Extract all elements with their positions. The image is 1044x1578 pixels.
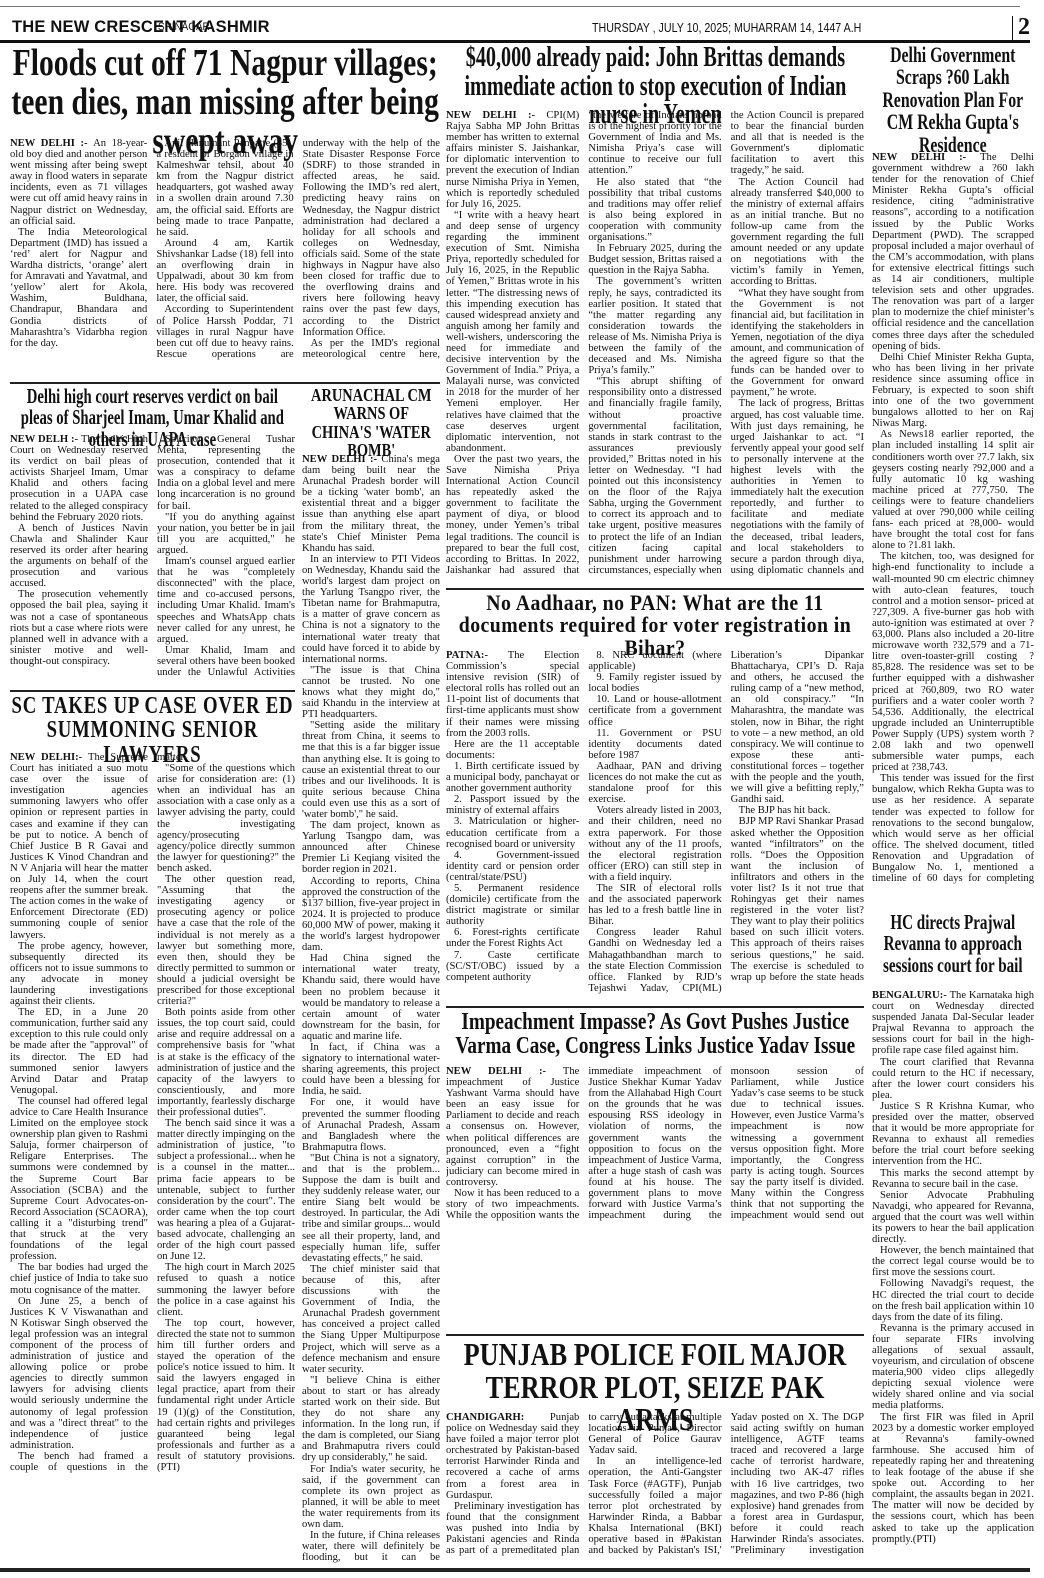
- story-body: NEW DELHI :- An 18-year-old boy died and…: [10, 138, 440, 362]
- story-column: NEW DELH :- The Delhi High Court on Wedn…: [10, 434, 295, 684]
- paragraph: Following Navadgi's request, the HC dire…: [872, 1278, 1034, 1322]
- story-aadhaar: No Aadhaar, no PAN: What are the 11 docu…: [446, 592, 864, 1002]
- story-body: NEW DELHI :- The Delhi government withdr…: [872, 152, 1034, 894]
- story-floods: Floods cut off 71 Nagpur villages; teen …: [10, 44, 440, 364]
- paragraph: According to reports, China approved the…: [302, 876, 440, 954]
- paragraph: The BJP has hit back.: [731, 805, 864, 816]
- story-body: NEW DELHI :- CPI(M) Rajya Sabha MP John …: [446, 110, 864, 582]
- paragraph: The government’s written reply, he says,…: [588, 276, 721, 376]
- paragraph: 10. Land or house-allotment certificate …: [588, 694, 721, 727]
- paragraph: Here are the 11 acceptable documents:: [446, 739, 579, 761]
- story-body: NEW DELHI :- The impeachment of Justice …: [446, 1066, 864, 1230]
- headline: Delhi Government Scraps ?60 Lakh Renovat…: [873, 44, 1034, 152]
- paragraph: 1. Birth certificate issued by a municip…: [446, 761, 579, 794]
- story-body: NEW DELHI :- China's mega dam being buil…: [302, 454, 440, 1564]
- paragraph: 5. Permanent residence (domicile) certif…: [446, 883, 579, 927]
- dateline: CHANDIGARH:: [446, 1412, 550, 1423]
- divider: [446, 1006, 864, 1008]
- story-delhi-hc: Delhi high court reserves verdict on bai…: [10, 386, 295, 686]
- page-number: 2: [1018, 14, 1030, 41]
- dateline: NEW DELHI :-: [446, 110, 546, 121]
- paragraph: 6. Forest-rights certificate under the F…: [446, 927, 579, 949]
- paragraph: "The issue is that China cannot be trust…: [302, 665, 440, 720]
- paragraph: In fact, if China was a signatory to int…: [302, 1042, 440, 1097]
- story-sc-lawyers: SC TAKES UP CASE OVER ED SUMMONING SENIO…: [10, 694, 295, 1566]
- paragraph: A bench of Justices Navin Chawla and Sha…: [10, 523, 148, 590]
- paragraph: NEW DELHI :- CPI(M) Rajya Sabha MP John …: [446, 110, 579, 210]
- paragraph: In February 2025, during the Budget sess…: [588, 243, 721, 276]
- story-body: PATNA:- The Election Commission’s specia…: [446, 650, 864, 1000]
- paragraph: “I write with a heavy heart and deep sen…: [446, 210, 579, 454]
- paragraph: Justice S R Krishna Kumar, who presided …: [872, 1101, 1034, 1168]
- headline: SC TAKES UP CASE OVER ED SUMMONING SENIO…: [10, 694, 295, 752]
- paragraph: He also stated that “the possibility tha…: [588, 177, 721, 244]
- paragraph: “What they have sought from the Governme…: [731, 288, 864, 399]
- story-column: BENGALURU:- The Karnataka high court on …: [872, 990, 1034, 1564]
- paragraph: Aadhaar, PAN and driving licences do not…: [588, 761, 721, 805]
- paragraph: "Some of the questions which arise for c…: [157, 763, 295, 874]
- paragraph: "But China is not a signatory, and that …: [302, 1153, 440, 1264]
- paragraph: Revanna is the primary accused in four s…: [872, 1323, 1034, 1412]
- dateline: NEW DELHI :-: [446, 1066, 563, 1077]
- paragraph: The India Meteorological Department (IMD…: [10, 227, 147, 349]
- paragraph: The first FIR was filed in April 2023 by…: [872, 1412, 1034, 1545]
- headline: ARUNACHAL CM WARNS OF CHINA'S 'WATER BOM…: [302, 386, 440, 454]
- top-rule: [0, 6, 1020, 7]
- dateline: PATNA:-: [446, 650, 508, 661]
- issue-date: THURSDAY , JULY 10, 2025; MUHARRAM 14, 1…: [592, 20, 861, 35]
- dateline: NEW DELHI:-: [10, 752, 88, 763]
- paragraph: "I believe China is either about to star…: [302, 1375, 440, 1464]
- page-separator: [1012, 16, 1013, 42]
- paragraph: Imam's counsel argued earlier that he wa…: [157, 556, 295, 645]
- story-body: NEW DELHI:- The Supreme Court has initia…: [10, 752, 295, 1564]
- paragraph: NEW DELHI:- The Supreme Court has initia…: [10, 752, 148, 941]
- story-column: NEW DELHI :- CPI(M) Rajya Sabha MP John …: [446, 110, 864, 582]
- paragraph: The bar bodies had urged the chief justi…: [10, 1262, 148, 1295]
- paragraph: Both points aside from other issues, the…: [157, 1007, 295, 1118]
- paragraph: The SIR of electoral rolls and the assoc…: [588, 883, 721, 927]
- story-punjab: PUNJAB POLICE FOIL MAJOR TERROR PLOT, SE…: [446, 1338, 864, 1566]
- paragraph: The high court in March 2025 refused to …: [157, 1262, 295, 1317]
- paragraph: The kitchen, too, was designed for high-…: [872, 551, 1034, 773]
- paragraph: The top court, however, directed the sta…: [157, 1318, 295, 1473]
- paragraph: In an interview to PTI Videos on Wednesd…: [302, 554, 440, 665]
- headline: Floods cut off 71 Nagpur villages; teen …: [10, 44, 439, 138]
- story-column: NEW DELHI:- The Supreme Court has initia…: [10, 752, 295, 1564]
- story-column: NEW DELHI :- The Delhi government withdr…: [872, 152, 1034, 894]
- paragraph: The prosecution vehemently opposed the b…: [10, 589, 148, 667]
- headline: $40,000 already paid: John Brittas deman…: [447, 44, 862, 110]
- paragraph: 2. Passport issued by the ministry of ex…: [446, 794, 579, 816]
- divider: [446, 588, 864, 590]
- paragraph: Around 4 am, Kartik Shivshankar Ladse (1…: [156, 238, 293, 305]
- headline: Impeachment Impasse? As Govt Pushes Just…: [446, 1010, 864, 1066]
- divider: [446, 1334, 864, 1336]
- paragraph: This marks the second attempt by Revanna…: [872, 1168, 1034, 1190]
- headline: No Aadhaar, no PAN: What are the 11 docu…: [446, 592, 864, 650]
- paragraph: The other question read, "Assuming that …: [157, 874, 295, 1007]
- story-brittas: $40,000 already paid: John Brittas deman…: [446, 44, 864, 584]
- dateline: NEW DELHI :-: [10, 138, 93, 149]
- paragraph: The court clarified that Revanna could r…: [872, 1057, 1034, 1101]
- paragraph: For India's water security, he said, if …: [302, 1464, 440, 1531]
- paragraph: NEW DELHI :- An 18-year-old boy died and…: [10, 138, 147, 227]
- newspaper-title: THE NEW CRESCENT KASHMIR: [12, 18, 270, 37]
- paragraph: 7. Caste certificate (SC/ST/OBC) issued …: [446, 950, 579, 983]
- paragraph: "If you do anything against your nation,…: [157, 512, 295, 556]
- dateline: NEW DELH :-: [10, 434, 81, 445]
- paragraph: NEW DELHI :- The impeachment of Justice …: [446, 1066, 579, 1188]
- divider: [10, 690, 295, 692]
- paragraph: NEW DELHI :- The Delhi government withdr…: [872, 152, 1034, 352]
- paragraph: NEW DELHI :- China's mega dam being buil…: [302, 454, 440, 554]
- story-column: NEW DELHI :- China's mega dam being buil…: [302, 454, 440, 1564]
- paragraph: "Setting aside the military threat from …: [302, 720, 440, 820]
- headline: HC directs Prajwal Revanna to approach s…: [873, 912, 1034, 990]
- paragraph: The bench said since it was a matter dir…: [157, 1118, 295, 1262]
- headline: Delhi high court reserves verdict on bai…: [11, 386, 294, 434]
- paragraph: On June 25, a bench of Justices K V Visw…: [10, 1296, 148, 1451]
- paragraph: 3. Matriculation or higher-education cer…: [446, 816, 579, 849]
- paragraph: Had China signed the international water…: [302, 953, 440, 1042]
- paragraph: The dam project, known as Yarlung Tsangp…: [302, 820, 440, 875]
- story-column: NEW DELHI :- An 18-year-old boy died and…: [10, 138, 440, 362]
- paragraph: As News18 earlier reported, the plan inc…: [872, 429, 1034, 551]
- story-revanna: HC directs Prajwal Revanna to approach s…: [872, 912, 1034, 1566]
- story-body: NEW DELH :- The Delhi High Court on Wedn…: [10, 434, 295, 684]
- paragraph: BENGALURU:- The Karnataka high court on …: [872, 990, 1034, 1057]
- paragraph: 11. Government or PSU identity documents…: [588, 728, 721, 761]
- story-body: BENGALURU:- The Karnataka high court on …: [872, 990, 1034, 1564]
- story-column: PATNA:- The Election Commission’s specia…: [446, 650, 864, 1000]
- story-arunachal: ARUNACHAL CM WARNS OF CHINA'S 'WATER BOM…: [302, 386, 440, 1566]
- paragraph: The probe agency, however, subsequently …: [10, 941, 148, 1008]
- paragraph: The ED, in a June 20 communication, furt…: [10, 1007, 148, 1096]
- paragraph: 9. Family register issued by local bodie…: [588, 672, 721, 694]
- paragraph: Delhi Chief Minister Rekha Gupta, who ha…: [872, 352, 1034, 430]
- dateline: BENGALURU:-: [872, 990, 950, 1001]
- headline: PUNJAB POLICE FOIL MAJOR TERROR PLOT, SE…: [446, 1338, 864, 1412]
- paragraph: However, the bench maintained that the c…: [872, 1245, 1034, 1278]
- paragraph: 4. Government-issued identity card or pe…: [446, 850, 579, 883]
- paragraph: The Action Council had already transferr…: [731, 177, 864, 288]
- paragraph: CHANDIGARH: Punjab police on Wednesday s…: [446, 1412, 579, 1501]
- paragraph: The chief minister said that because of …: [302, 1264, 440, 1375]
- story-column: NEW DELHI :- The impeachment of Justice …: [446, 1066, 864, 1230]
- story-impeachment: Impeachment Impasse? As Govt Pushes Just…: [446, 1010, 864, 1232]
- paragraph: PATNA:- The Election Commission’s specia…: [446, 650, 579, 739]
- paragraph: Voters already listed in 2003, and their…: [588, 805, 721, 883]
- story-delhi-renovation: Delhi Government Scraps ?60 Lakh Renovat…: [872, 44, 1034, 896]
- paragraph: Senior Advocate Prabhuling Navadgi, who …: [872, 1190, 1034, 1245]
- footer-rule: [0, 1568, 1030, 1572]
- divider: [10, 382, 440, 384]
- masthead: THE NEW CRESCENT KASHMIR SRINAGAR THURSD…: [0, 8, 1044, 40]
- paragraph: The counsel had offered legal advice to …: [10, 1096, 148, 1262]
- masthead-rule: [0, 40, 1030, 43]
- paragraph: For one, it would have prevented the sum…: [302, 1097, 440, 1152]
- edition-city: SRINAGAR: [158, 21, 210, 33]
